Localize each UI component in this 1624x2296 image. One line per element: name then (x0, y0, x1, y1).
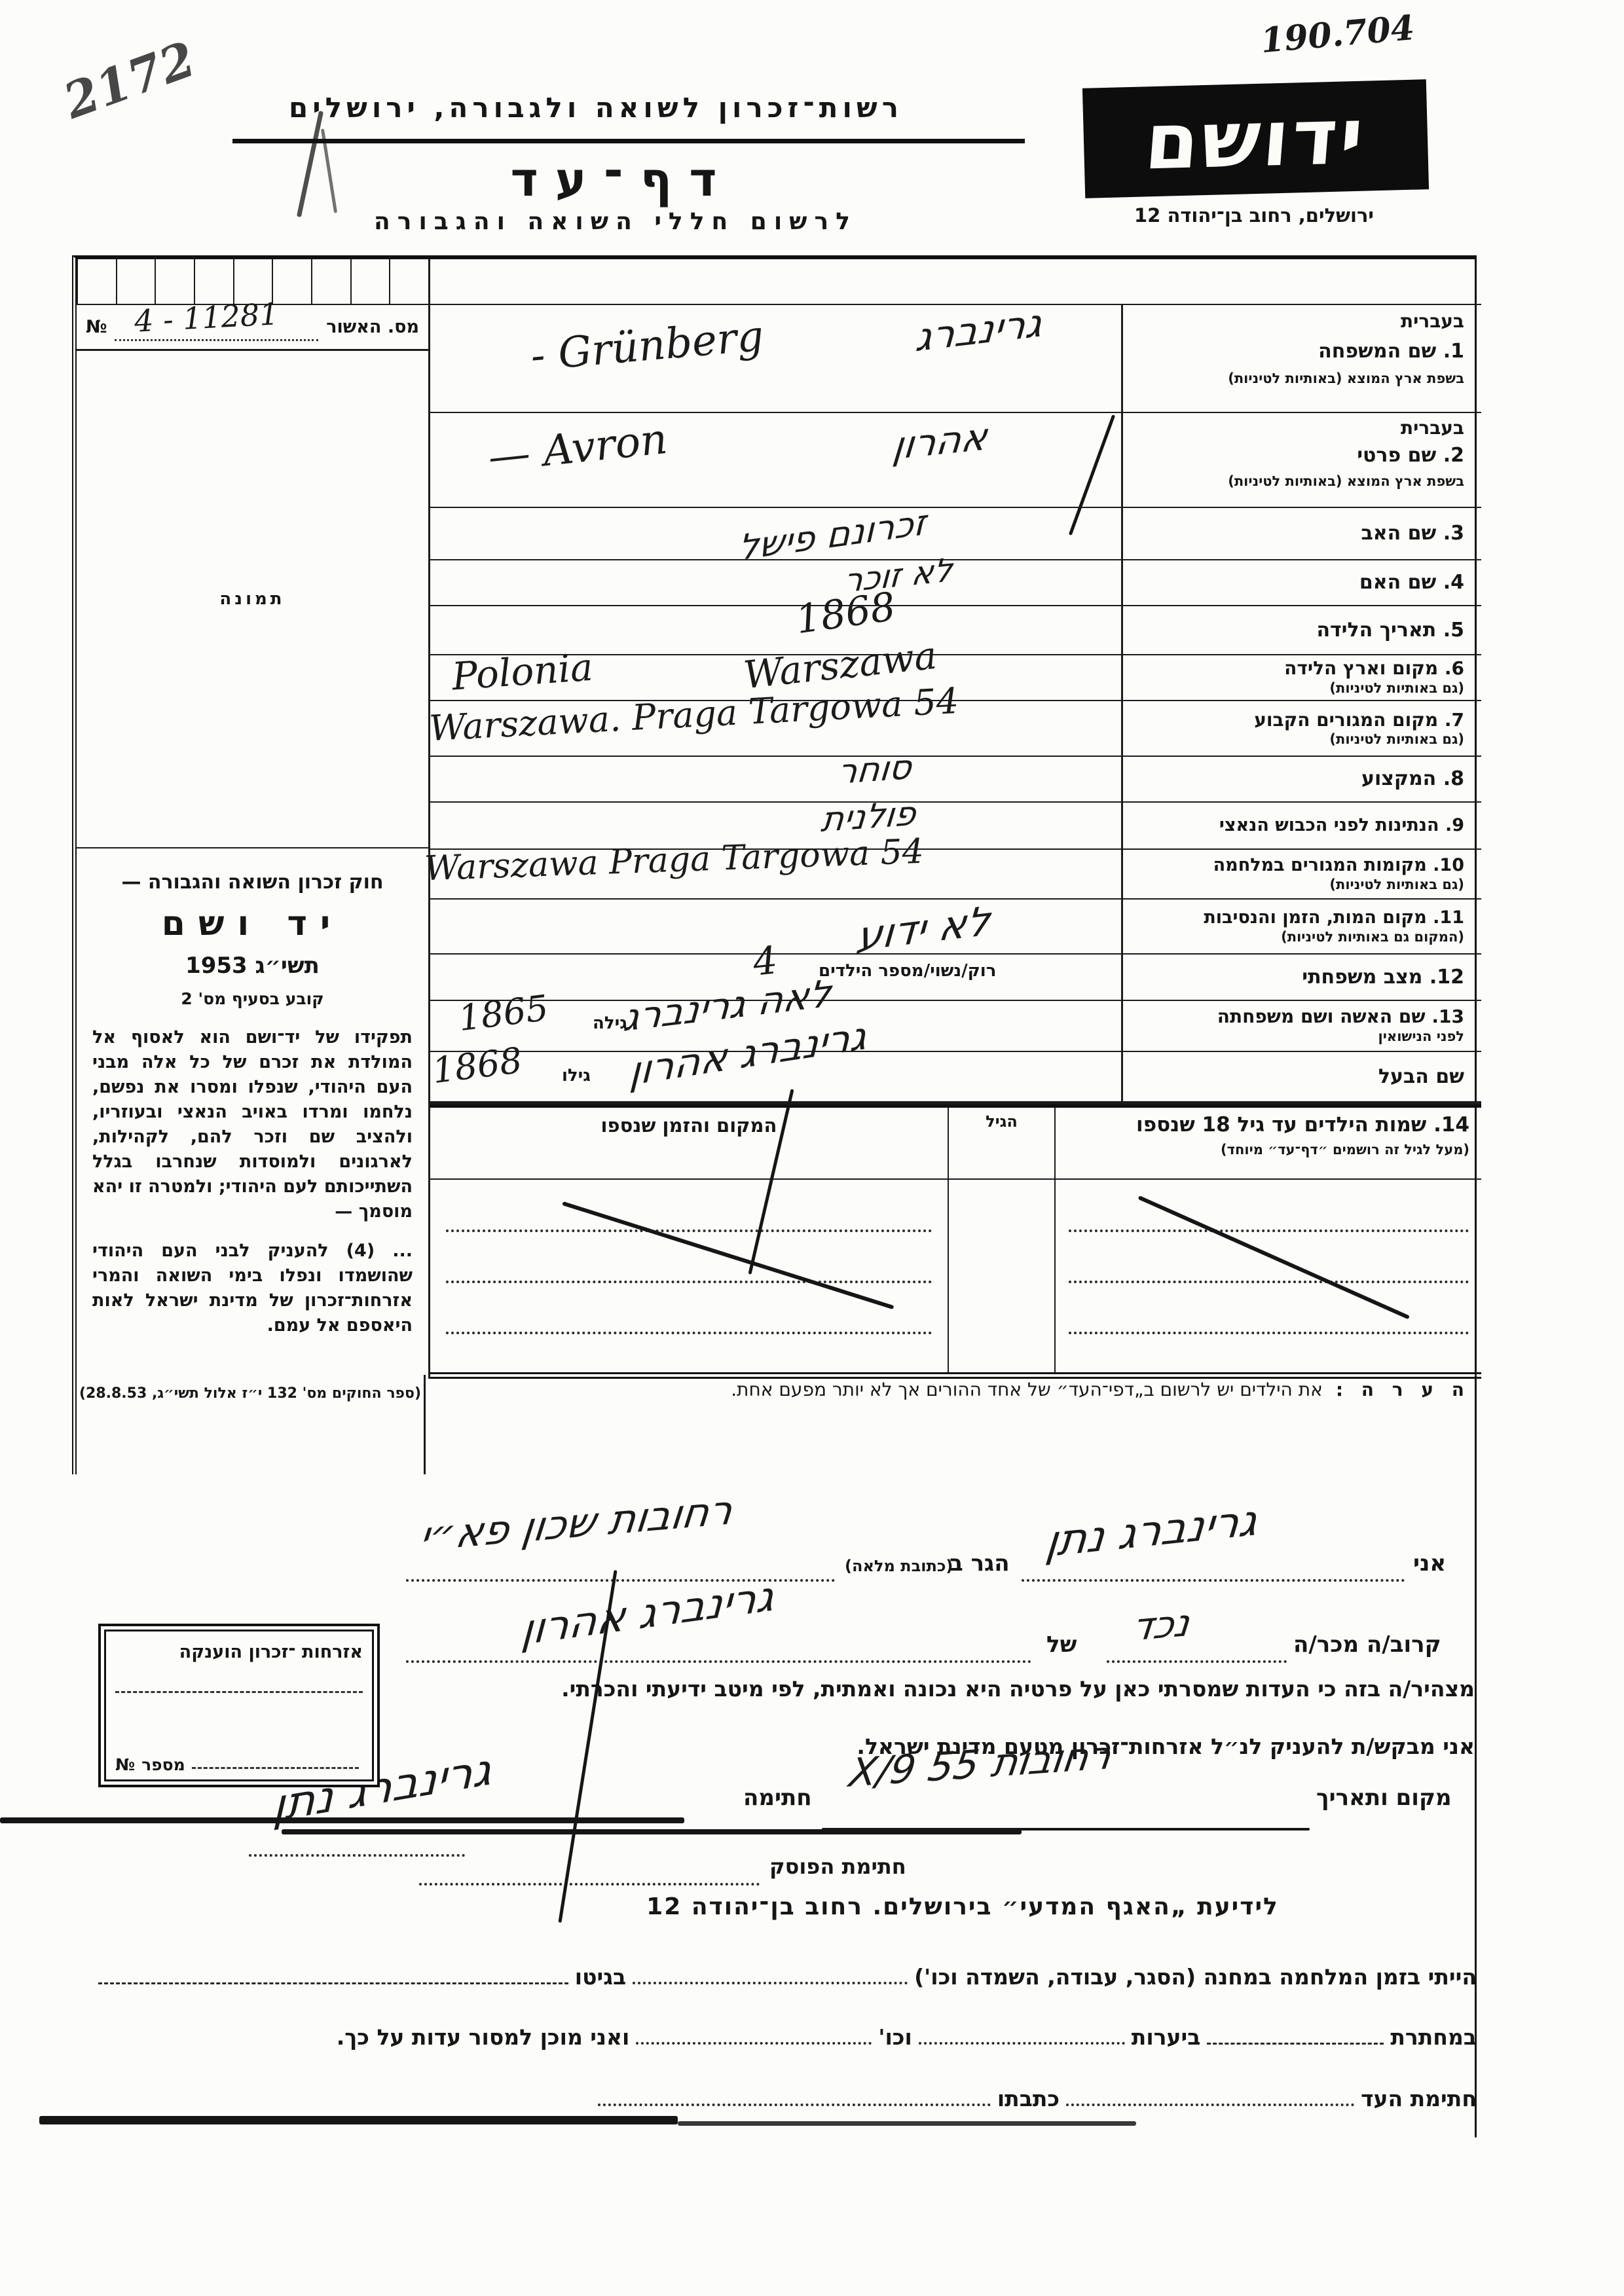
stamp-number-handwritten: 2172 (57, 31, 203, 130)
field-row-father-name: 3. שם האב (430, 508, 1481, 560)
logo-address: ירושלים, רחוב בן־יהודה 12 (1064, 204, 1444, 227)
coding-cell (272, 259, 311, 304)
archive-number-handwritten: 190.704 (1259, 8, 1416, 61)
relation-handwritten: נכד (1130, 1600, 1192, 1649)
field-row-profession: 8. המקצוע (430, 757, 1481, 803)
field-label-cell: בעברית 2. שם פרטי בשפת ארץ המוצא (באותיו… (1121, 413, 1481, 507)
law-paragraph: תפקידו של יד־ושם הוא לאסוף אל המולדת את … (92, 1025, 413, 1224)
field-number-label: 12. מצב משפחתי (1128, 966, 1464, 989)
children-age-header-cell: הגיל (948, 1108, 1056, 1178)
signature-label: חתימה (743, 1785, 812, 1811)
scanned-testimony-page: 190.704 2172 רשות־זכרון לשואה ולגבורה, י… (0, 0, 1624, 2296)
field-sub-label: (גם באותיות לטיניות) (1128, 731, 1464, 748)
husband-age-label: גילו (562, 1066, 591, 1085)
field-sub-label: (מעל לגיל זה רושמים ״דף־עד״ מיוחד) (1056, 1141, 1469, 1158)
coding-cell (194, 259, 233, 304)
camp-row: הייתי בזמן המלחמה במחנה (הסגר, עבודה, הש… (92, 1964, 1477, 1990)
form-subtitle: לרשום חללי השואה והגבורה (354, 208, 877, 235)
field-label-cell: שם הבעל (1121, 1052, 1481, 1101)
coding-cell (311, 259, 350, 304)
law-heading-year: תשי״ג 1953 (92, 953, 413, 979)
witness-address-line (598, 2104, 991, 2106)
field-number-label: 4. שם האם (1128, 571, 1464, 594)
field-entry-cell (430, 560, 1121, 605)
note-line: ה ע ר ה :את הילדים יש לרשום ב„דפי־העד״ ש… (435, 1379, 1470, 1400)
field-label-cell: 7. מקום המגורים הקבוע (גם באותיות לטיניו… (1121, 701, 1481, 756)
scan-streak (0, 1817, 684, 1823)
field-number-label: 10. מקומות המגורים במלחמה (1128, 855, 1464, 876)
declaration-i-label: אני (1413, 1550, 1446, 1576)
field-above-label: בעברית (1128, 312, 1464, 332)
grant-box-number-row: מספר № (115, 1755, 363, 1774)
field-number-label: 5. תאריך הלידה (1128, 619, 1464, 642)
declaration-of-label: של (1046, 1631, 1077, 1658)
children-table-header-row: 14. שמות הילדים עד גיל 18 שנספו (מעל לגי… (430, 1104, 1481, 1180)
logo-text: ידושם (1142, 90, 1369, 187)
adjudicator-signature-label: חתימת הפוסק (769, 1854, 906, 1879)
etc-dotted-line (636, 2042, 872, 2045)
law-heading: חוק זכרון השואה והגבורה — (92, 871, 413, 894)
coding-cell (155, 259, 194, 304)
underground-dashed-line (1207, 2043, 1384, 2045)
declarant-name-handwritten: גרינברג נתן (1043, 1495, 1260, 1567)
field-label-cell: 4. שם האם (1121, 560, 1481, 605)
coding-cell (116, 259, 155, 304)
ruled-dotted-line (1069, 1230, 1469, 1232)
form-title: דף־עד (419, 152, 825, 207)
field-sub-label: (גם באותיות לטיניות) (1128, 680, 1464, 697)
ruled-dotted-line (1069, 1281, 1469, 1283)
field-number-label: שם הבעל (1182, 1065, 1464, 1089)
law-source: (ספר החוקים מס' 132 י״ז אלול תשי״ג, 28.8… (77, 1385, 424, 1402)
field-number-label: 1. שם המשפחה (1128, 340, 1464, 363)
field-label-cell: 6. מקום וארץ הלידה (גם באותיות לטיניות) (1121, 655, 1481, 700)
camp-dotted-line (633, 1982, 908, 1984)
place-date-label: מקום ותאריך (1316, 1785, 1452, 1811)
top-spacer-row (430, 259, 1481, 305)
field-label-cell: 11. מקום המות, הזמן והנסיבות (המקום גם ב… (1121, 900, 1481, 953)
children-place-header-cell: המקום והזמן שנספו (430, 1108, 948, 1178)
field-sub-label: (גם באותיות לטיניות) (1128, 876, 1464, 893)
grant-box-dashed-line (115, 1691, 363, 1693)
children-place-cell (430, 1180, 948, 1372)
ink-smudge (297, 111, 323, 217)
sidebar-column: מס. האשור № תמונה חוק זכרון השואה והגבור… (77, 259, 430, 1379)
right-margin-rule (1475, 1375, 1477, 2138)
declaration-resides-label: הגר ב (950, 1550, 1010, 1576)
declaration-statement: מצהיר/ה בזה כי העדות שמסרתי כאן על פרטיה… (367, 1676, 1475, 1702)
camp-line-label: הייתי בזמן המלחמה במחנה (הסגר, עבודה, הש… (914, 1964, 1477, 1990)
field-label-cell: 3. שם האב (1121, 508, 1481, 559)
photo-box: תמונה (77, 351, 428, 848)
approval-number-handwritten: 11281 - 4 (134, 296, 280, 338)
witness-signature-label: חתימת העד (1361, 2086, 1477, 2111)
field-label-cell: 12. מצב משפחתי (1121, 955, 1481, 1000)
declaration-name-line (1022, 1579, 1405, 1582)
forests-label: ביערות (1132, 2024, 1201, 2050)
law-text-block: חוק זכרון השואה והגבורה — יד ושם תשי״ג 1… (77, 848, 428, 1379)
note-text: את הילדים יש לרשום ב„דפי־העד״ של אחד ההו… (731, 1379, 1323, 1400)
field-sub-label: בשפת ארץ המוצא (באותיות לטיניות) (1128, 370, 1464, 387)
coding-cell (350, 259, 390, 304)
field-entry-cell (430, 606, 1121, 654)
declaration-relative-label: קרוב/ה מכר/ה (1293, 1631, 1441, 1658)
declarant-address-handwritten: רחובות שכון פא״י (417, 1486, 735, 1561)
underground-row: במחתרת ביערות וכו' ואני מוכן למסור עדות … (92, 2024, 1477, 2050)
header-rule (232, 139, 1025, 143)
etc-label: וכו' (878, 2024, 912, 2050)
grant-box-title: אזרחות ־זכרון הוענקה (115, 1642, 363, 1662)
citizenship-grant-box: אזרחות ־זכרון הוענקה מספר № (98, 1624, 380, 1787)
ruled-dotted-line (446, 1332, 932, 1334)
ruled-dotted-line (446, 1281, 932, 1283)
law-heading-yad-vashem: יד ושם (92, 904, 413, 943)
declaration-address-note: (כתובת מלאה) (845, 1557, 953, 1575)
field-row-mother-name: 4. שם האם (430, 560, 1481, 606)
field-number-label: 8. המקצוע (1128, 767, 1464, 791)
underground-label: במחתרת (1390, 2024, 1477, 2050)
field-above-label: בעברית (1128, 418, 1464, 439)
field-number-label: 6. מקום וארץ הלידה (1128, 657, 1464, 680)
grant-no-sign: № (115, 1755, 135, 1774)
field-label-cell: 9. הנתינות לפני הכבוש הנאצי (1121, 803, 1481, 848)
field-sub-label: בשפת ארץ המוצא (באותיות לטיניות) (1128, 473, 1464, 490)
field-sub-label: לפני הנישואין (1128, 1028, 1464, 1045)
field-number-label: 9. הנתינות לפני הכבוש הנאצי (1128, 815, 1464, 836)
coding-cell (389, 259, 428, 304)
note-label: ה ע ר ה : (1336, 1379, 1470, 1400)
field-number-label: 3. שם האב (1128, 522, 1464, 545)
place-column-header: המקום והזמן שנספו (601, 1114, 777, 1137)
field-label-cell: 13. שם האשה ושם משפחתה לפני הנישואין (1121, 1001, 1481, 1051)
law-clause: ... (4) להעניק לבני העם היהודי שהושמדו ו… (92, 1239, 413, 1338)
approval-label: מס. האשור (326, 317, 419, 337)
field-label-cell: בעברית 1. שם המשפחה בשפת ארץ המוצא (באות… (1121, 305, 1481, 412)
witness-signature-row: חתימת העד כתבתו (92, 2086, 1477, 2111)
scientific-branch-notice: לידיעת „האגף המדעי״ בירושלים. רחוב בן־יה… (445, 1893, 1480, 1920)
age-column-header: הגיל (986, 1112, 1018, 1131)
field-number-label: 14. שמות הילדים עד גיל 18 שנספו (1056, 1113, 1469, 1137)
field-number-label: 7. מקום המגורים הקבוע (1128, 709, 1464, 731)
field-label-cell: 8. המקצוע (1121, 757, 1481, 801)
field-row-wife-name: 13. שם האשה ושם משפחתה לפני הנישואין (430, 1001, 1481, 1052)
testify-text: ואני מוכן למסור עדות על כך. (337, 2024, 630, 2050)
ghetto-label: בגיטו (575, 1964, 626, 1990)
field-entry-cell (430, 757, 1121, 801)
ghetto-dashed-line (98, 1982, 568, 1984)
children-names-cell (1056, 1180, 1481, 1372)
photo-label: תמונה (219, 589, 285, 609)
ruled-dotted-line (1069, 1332, 1469, 1334)
field-number-label: 13. שם האשה ושם משפחתה (1128, 1006, 1464, 1028)
field-row-citizenship: 9. הנתינות לפני הכבוש הנאצי (430, 803, 1481, 850)
declaration-of-line (406, 1660, 1031, 1663)
sidebar-extension: (ספר החוקים מס' 132 י״ז אלול תשי״ג, 28.8… (72, 1375, 426, 1474)
scan-streak (39, 2116, 678, 2124)
declaration-relation-line (1107, 1660, 1287, 1663)
field-number-label: 2. שם פרטי (1128, 444, 1464, 467)
witness-signature-line (1066, 2104, 1354, 2106)
profession-handwritten: סוחר (836, 748, 913, 792)
authority-title: רשות־זכרון לשואה ולגבורה, ירושלים (190, 92, 1002, 124)
field-number-label: 11. מקום המות, הזמן והנסיבות (1128, 907, 1464, 928)
form-box: מס. האשור № תמונה חוק זכרון השואה והגבור… (72, 255, 1477, 1375)
scan-streak (282, 1829, 1022, 1834)
children-age-cell (948, 1180, 1056, 1372)
forests-dotted-line (919, 2042, 1125, 2045)
witness-address-label: כתבתו (997, 2086, 1060, 2111)
adjudicator-dotted-line (419, 1883, 760, 1886)
grant-box-dash-fill (192, 1767, 359, 1769)
coding-cell (77, 259, 116, 304)
signature-dotted-line (249, 1854, 465, 1857)
ruled-dotted-line (446, 1230, 932, 1232)
approval-no-sign: № (86, 317, 107, 337)
field-sub-label: (המקום גם באותיות לטיניות) (1128, 928, 1464, 945)
yad-vashem-logo: ידושם (1082, 79, 1429, 198)
field-label-cell: 5. תאריך הלידה (1121, 606, 1481, 654)
scan-streak (678, 2121, 1136, 2126)
field-label-cell: 10. מקומות המגורים במלחמה (גם באותיות לט… (1121, 850, 1481, 898)
grant-number-label: מספר (141, 1755, 185, 1774)
victim-name-handwritten: גרינברג אהרון (520, 1573, 776, 1655)
children-label-cell: 14. שמות הילדים עד גיל 18 שנספו (מעל לגי… (1056, 1108, 1481, 1178)
law-heading-section: קובע בסעיף מס' 2 (92, 989, 413, 1008)
marital-options-label: רוק/נשוי/מספר הילדים (819, 961, 1044, 981)
